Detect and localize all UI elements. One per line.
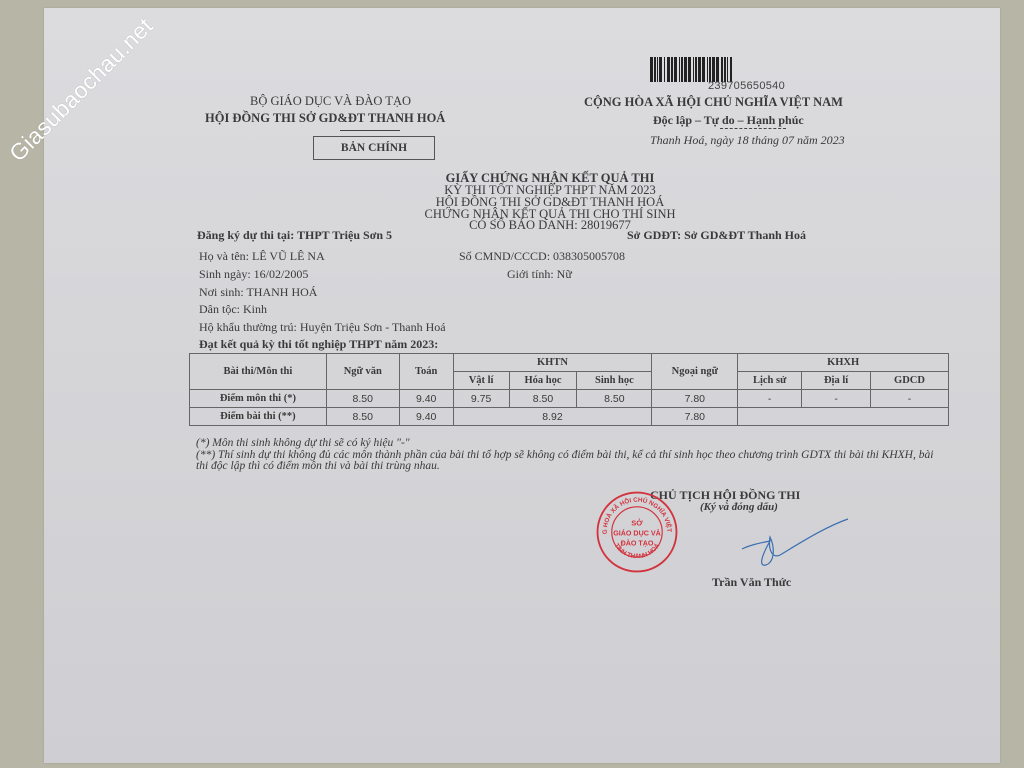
- header-history: Lịch sử: [738, 372, 802, 390]
- header-math: Toán: [399, 354, 453, 390]
- country-name: CỘNG HÒA XÃ HỘI CHỦ NGHĨA VIỆT NAM: [584, 95, 843, 110]
- row-label: Điểm môn thi (*): [190, 390, 327, 408]
- ministry-name: BỘ GIÁO DỤC VÀ ĐÀO TẠO: [250, 94, 411, 109]
- place-date: Thanh Hoá, ngày 18 tháng 07 năm 2023: [650, 133, 845, 148]
- test-score-khtn: 8.92: [453, 408, 652, 426]
- score-foreign-language: 7.80: [652, 390, 738, 408]
- header-foreign-language: Ngoại ngữ: [652, 354, 738, 390]
- score-literature: 8.50: [326, 390, 399, 408]
- score-math: 9.40: [399, 390, 453, 408]
- header-physics: Vật lí: [453, 372, 509, 390]
- header-chemistry: Hóa học: [509, 372, 577, 390]
- candidate-ethnicity: Dân tộc: Kinh: [199, 302, 267, 317]
- header-literature: Ngữ văn: [326, 354, 399, 390]
- footnote-1: (*) Môn thi sinh không dự thi sẽ có ký h…: [196, 438, 946, 449]
- score-history: -: [738, 390, 802, 408]
- candidate-id: Số CMND/CCCD: 038305005708: [459, 249, 625, 264]
- barcode-icon: [650, 57, 822, 82]
- score-physics: 9.75: [453, 390, 509, 408]
- score-chemistry: 8.50: [509, 390, 577, 408]
- row-label: Điểm bài thi (**): [190, 408, 327, 426]
- table-row: Điểm môn thi (*) 8.50 9.40 9.75 8.50 8.5…: [190, 390, 949, 408]
- candidate-address: Hộ khẩu thường trú: Huyện Triệu Sơn - Th…: [199, 320, 446, 335]
- score-civics: -: [871, 390, 949, 408]
- candidate-sex: Giới tính: Nữ: [507, 267, 572, 282]
- handwritten-signature-icon: [740, 515, 850, 575]
- official-stamp-icon: CỘNG HOÀ XÃ HỘI CHỦ NGHĨA VIỆT NAM TỈNH …: [595, 490, 679, 574]
- header-civics: GDCD: [871, 372, 949, 390]
- svg-text:ĐÀO TẠO: ĐÀO TẠO: [621, 538, 654, 547]
- header-subject: Bài thi/Môn thi: [190, 354, 327, 390]
- sign-note: (Ký và đóng dấu): [700, 501, 778, 513]
- signer-name: Trần Văn Thức: [712, 575, 791, 590]
- test-score-khxh: [738, 408, 949, 426]
- national-motto: Độc lập – Tự do – Hạnh phúc: [653, 113, 804, 128]
- council-name: HỘI ĐỒNG THI SỞ GD&ĐT THANH HOÁ: [205, 111, 445, 126]
- original-copy-box: BẢN CHÍNH: [313, 136, 435, 160]
- score-table: Bài thi/Môn thi Ngữ văn Toán KHTN Ngoại …: [189, 353, 949, 426]
- candidate-birthplace: Nơi sinh: THANH HOÁ: [199, 285, 317, 300]
- table-row: Điểm bài thi (**) 8.50 9.40 8.92 7.80: [190, 408, 949, 426]
- header-khxh: KHXH: [738, 354, 949, 372]
- header-geography: Địa lí: [802, 372, 871, 390]
- result-heading: Đạt kết quả kỳ thi tốt nghiệp THPT năm 2…: [199, 337, 438, 352]
- header-left-rule: [340, 130, 400, 131]
- svg-text:GIÁO DỤC VÀ: GIÁO DỤC VÀ: [613, 528, 661, 537]
- registration-department: Sở GDĐT: Sở GD&ĐT Thanh Hoá: [627, 228, 806, 243]
- registration-school: Đăng ký dự thi tại: THPT Triệu Sơn 5: [197, 228, 392, 243]
- header-right-rule: [720, 128, 786, 129]
- test-score-literature: 8.50: [326, 408, 399, 426]
- svg-text:SỞ: SỞ: [631, 518, 643, 527]
- footnote-2: (**) Thí sinh dự thi không đủ các môn th…: [196, 450, 946, 472]
- test-score-foreign-language: 7.80: [652, 408, 738, 426]
- score-biology: 8.50: [577, 390, 652, 408]
- header-biology: Sinh học: [577, 372, 652, 390]
- test-score-math: 9.40: [399, 408, 453, 426]
- header-khtn: KHTN: [453, 354, 652, 372]
- candidate-name: Họ và tên: LÊ VŨ LÊ NA: [199, 249, 325, 264]
- barcode-number: 239705650540: [708, 80, 785, 92]
- score-geography: -: [802, 390, 871, 408]
- candidate-dob: Sinh ngày: 16/02/2005: [199, 267, 308, 282]
